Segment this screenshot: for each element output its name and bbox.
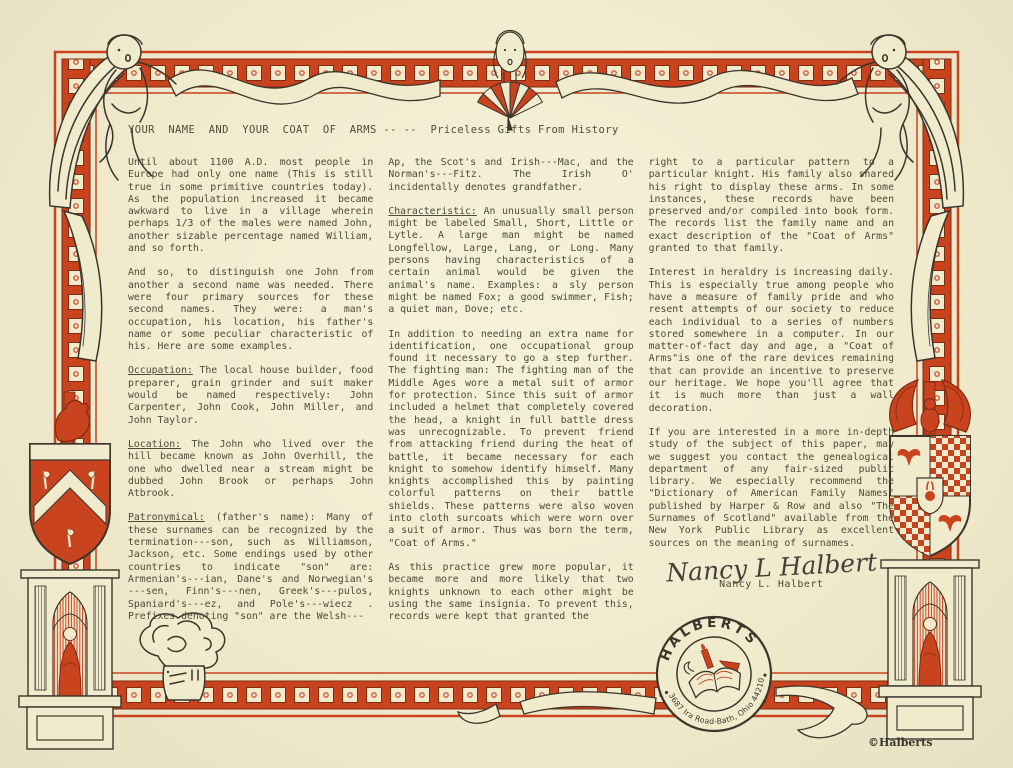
column-2: Ap, the Scot's and Irish---Mac, and the … bbox=[388, 157, 633, 635]
left-coat-of-arms-icon bbox=[19, 392, 121, 749]
signature-block: Nancy L Halbert Nancy L. Halbert bbox=[649, 562, 894, 592]
paragraph: In addition to needing an extra name for… bbox=[388, 329, 633, 550]
paragraph: Interest in heraldry is increasing daily… bbox=[649, 267, 894, 415]
ribbon-banner-bottom bbox=[458, 686, 867, 738]
paragraph: If you are interested in a more in-depth… bbox=[649, 427, 894, 550]
paragraph: As this practice grew more popular, it b… bbox=[388, 562, 633, 623]
svg-text:3687 Ira Road-Bath, Ohio 44210: 3687 Ira Road-Bath, Ohio 44210 bbox=[666, 675, 772, 734]
paragraph-lead-label: Characteristic: bbox=[388, 206, 476, 217]
column-1: Until about 1100 A.D. most people in Eur… bbox=[128, 157, 373, 635]
seal-book-and-candle-icon bbox=[680, 637, 744, 699]
page-title: YOUR NAME AND YOUR COAT OF ARMS -- -- Pr… bbox=[128, 124, 894, 136]
handwritten-signature: Nancy L Halbert bbox=[649, 555, 895, 580]
ribbon-banner-top bbox=[168, 70, 858, 104]
scanned-document-page: HALBERTS 3687 Ira Road-Bath, Ohio 44210 … bbox=[0, 0, 1013, 768]
paragraph: And so, to distinguish one John from ano… bbox=[128, 267, 373, 353]
paragraph: Until about 1100 A.D. most people in Eur… bbox=[128, 157, 373, 255]
paragraph: Location: The John who lived over the hi… bbox=[128, 439, 373, 500]
paragraph: right to a particular pattern to a parti… bbox=[649, 157, 894, 255]
document-body: YOUR NAME AND YOUR COAT OF ARMS -- -- Pr… bbox=[128, 124, 894, 635]
text-columns: Until about 1100 A.D. most people in Eur… bbox=[128, 157, 894, 635]
paragraph-lead-label: Occupation: bbox=[128, 365, 193, 376]
column-3: right to a particular pattern to a parti… bbox=[649, 157, 894, 635]
paragraph-lead-label: Patronymical: bbox=[128, 512, 205, 523]
paragraph: Occupation: The local house builder, foo… bbox=[128, 365, 373, 426]
right-coat-of-arms-icon bbox=[879, 380, 981, 739]
paragraph: Ap, the Scot's and Irish---Mac, and the … bbox=[388, 157, 633, 194]
fan-lady-icon bbox=[478, 31, 543, 131]
seal-address-text: 3687 Ira Road-Bath, Ohio 44210 bbox=[666, 675, 772, 734]
paragraph: Characteristic: An unusually small perso… bbox=[388, 206, 633, 317]
paragraph: Patronymical: (father's name): Many of t… bbox=[128, 512, 373, 623]
paragraph-lead-label: Location: bbox=[128, 439, 181, 450]
copyright-notice: ©Halberts bbox=[868, 736, 932, 749]
